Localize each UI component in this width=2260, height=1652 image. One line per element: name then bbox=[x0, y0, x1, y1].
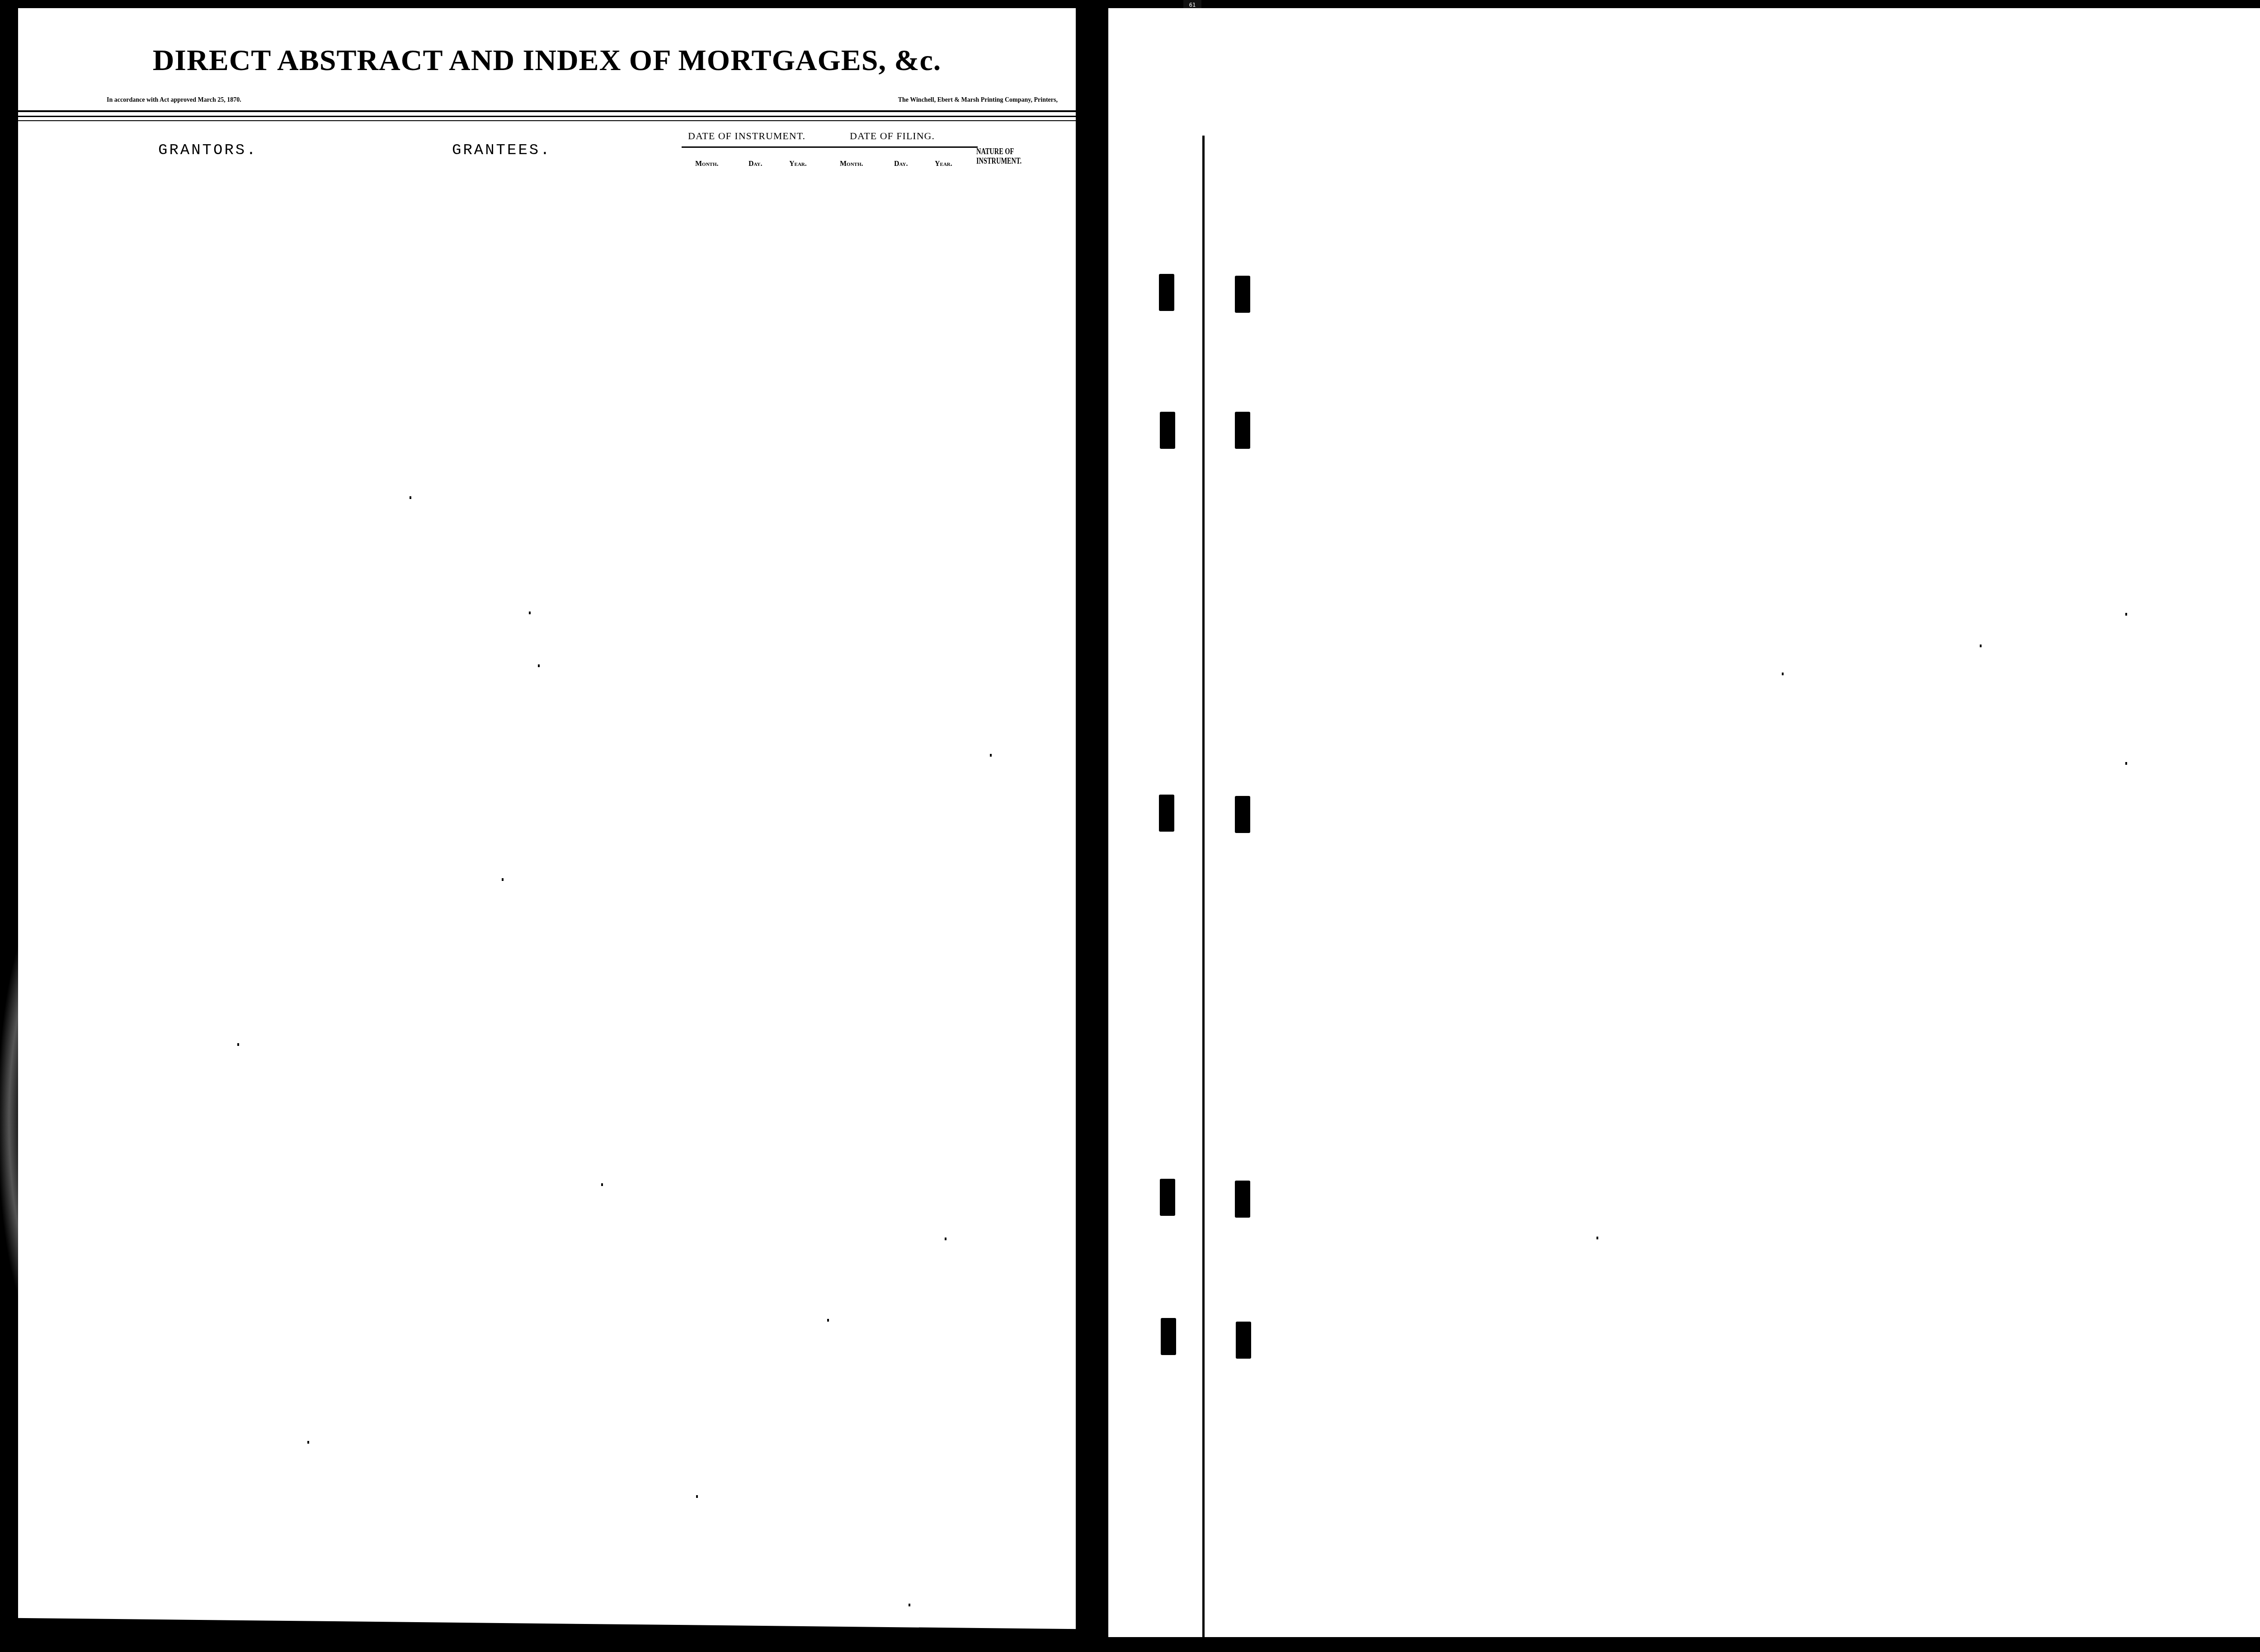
binding-hole bbox=[1160, 412, 1175, 449]
binding-hole bbox=[1235, 412, 1250, 449]
header-rule bbox=[18, 116, 1076, 117]
column-header-grantees: GRANTEES. bbox=[452, 142, 551, 159]
subcolumn-filing-year: Year. bbox=[935, 160, 952, 168]
column-header-grantors: GRANTORS. bbox=[158, 142, 258, 159]
scan-speck bbox=[909, 1604, 910, 1606]
binding-hole bbox=[1160, 1179, 1175, 1216]
binding-hole bbox=[1235, 1181, 1250, 1218]
act-reference: In accordance with Act approved March 25… bbox=[107, 97, 241, 104]
binding-hole bbox=[1236, 1322, 1251, 1359]
subcolumn-filing-day: Day. bbox=[894, 160, 908, 168]
scan-speck bbox=[696, 1495, 698, 1498]
margin-rule bbox=[1202, 136, 1205, 1641]
header-rule bbox=[18, 120, 1076, 121]
column-header-date-of-filing: DATE OF FILING. bbox=[850, 130, 935, 142]
scan-speck bbox=[1782, 673, 1784, 675]
binding-hole bbox=[1161, 1318, 1176, 1355]
subcolumn-filing-month: Month. bbox=[840, 160, 863, 168]
column-header-date-of-instrument: DATE OF INSTRUMENT. bbox=[688, 130, 805, 142]
scan-speck bbox=[502, 878, 504, 881]
scan-speck bbox=[307, 1441, 309, 1444]
scan-speck bbox=[827, 1319, 829, 1322]
scan-speck bbox=[2125, 762, 2127, 765]
scan-border bbox=[1293, 0, 2260, 8]
page-title: DIRECT ABSTRACT AND INDEX OF MORTGAGES, … bbox=[18, 43, 1076, 78]
right-ledger-page bbox=[1108, 8, 2260, 1637]
scan-speck bbox=[237, 1043, 239, 1046]
header-rule bbox=[18, 110, 1076, 112]
subcolumn-inst-day: Day. bbox=[749, 160, 762, 168]
date-header-rule bbox=[682, 146, 978, 148]
printer-credit: The Winchell, Ebert & Marsh Printing Com… bbox=[898, 97, 1058, 104]
binding-hole bbox=[1159, 274, 1174, 311]
scan-speck bbox=[538, 664, 540, 667]
scan-speck bbox=[1596, 1237, 1598, 1239]
column-header-nature-of-instrument: NATURE OF INSTRUMENT. bbox=[976, 147, 1056, 166]
scan-speck bbox=[529, 612, 531, 614]
scan-speck bbox=[410, 496, 411, 499]
binding-hole bbox=[1159, 795, 1174, 832]
binding-hole bbox=[1235, 796, 1250, 833]
subcolumn-inst-month: Month. bbox=[695, 160, 719, 168]
scan-speck bbox=[2125, 613, 2127, 616]
left-ledger-page: DIRECT ABSTRACT AND INDEX OF MORTGAGES, … bbox=[18, 8, 1076, 1633]
book-gutter bbox=[1076, 0, 1108, 1652]
scan-speck bbox=[1980, 645, 1982, 647]
scan-speck bbox=[601, 1183, 603, 1186]
scan-speck bbox=[945, 1238, 946, 1240]
subcolumn-inst-year: Year. bbox=[789, 160, 807, 168]
binding-hole bbox=[1235, 276, 1250, 313]
scan-speck bbox=[990, 754, 992, 757]
